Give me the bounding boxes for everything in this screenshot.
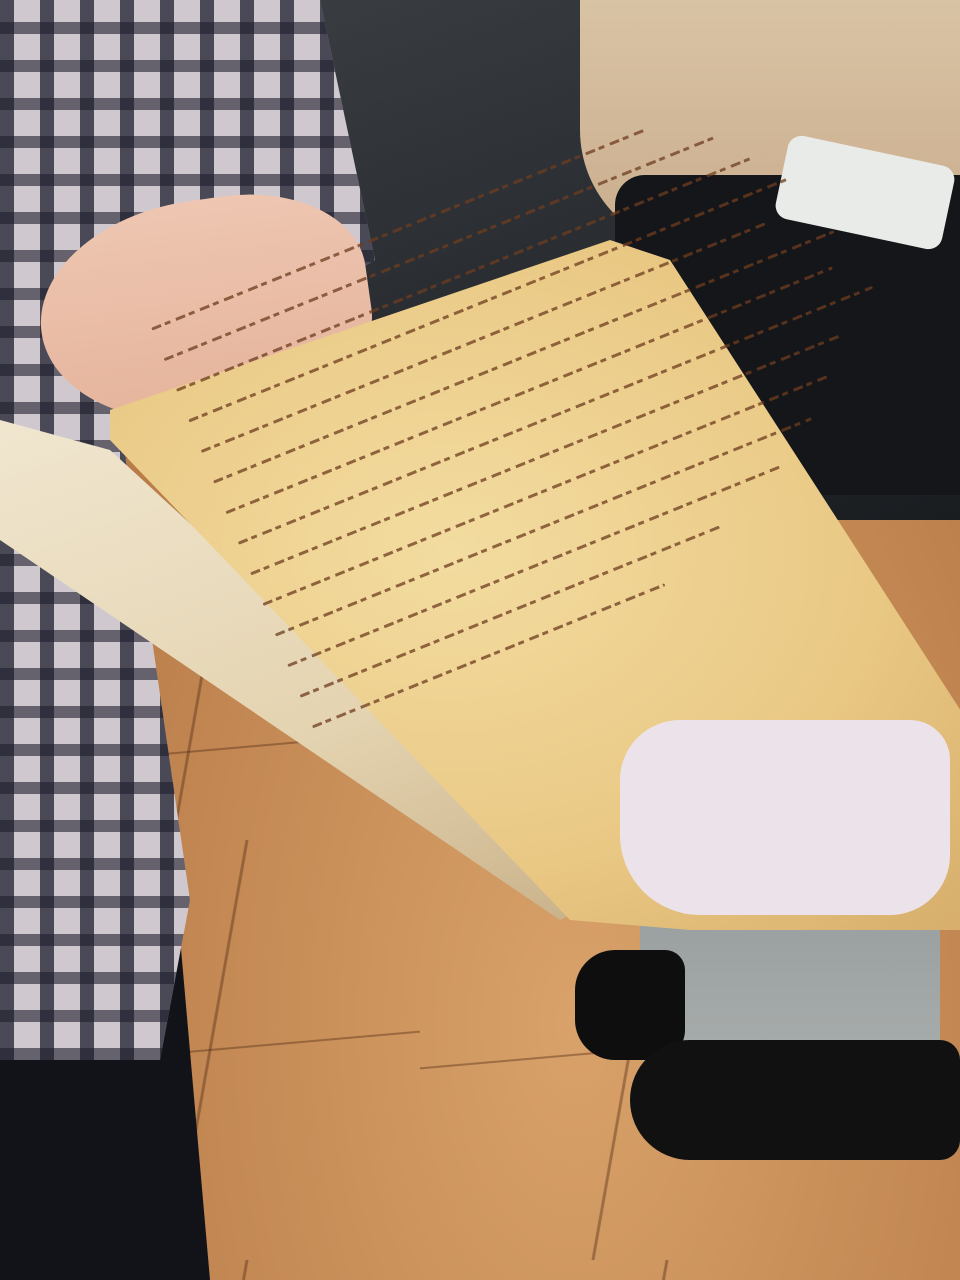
black-boot: [630, 1040, 960, 1160]
white-glove: [620, 720, 950, 915]
